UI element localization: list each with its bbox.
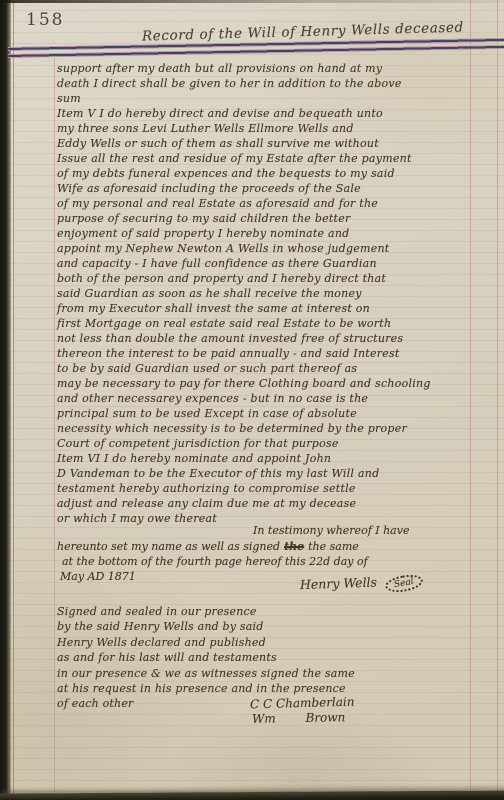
witness-signature: C C Chamberlain (250, 695, 355, 712)
will-line: Eddy Wells or such of them as shall surv… (57, 136, 431, 151)
witness-signature: Wm Brown (252, 710, 346, 726)
attestation-line: Henry Wells declared and published (57, 635, 355, 650)
will-line: and capacity - I have full confidence as… (57, 256, 431, 271)
left-margin-line (54, 58, 55, 792)
seal-mark: Seal (384, 572, 424, 594)
will-line: enjoyment of said property I hereby nomi… (57, 226, 431, 241)
will-line: to be by said Guardian used or such part… (57, 361, 431, 376)
header-double-rule (8, 38, 504, 61)
signature-name: Henry Wells (300, 574, 377, 592)
testator-signature: Henry WellsSeal (300, 573, 423, 595)
will-line: testament hereby authorizing to compromi… (57, 481, 431, 496)
book-left-edge (0, 0, 11, 800)
will-line: Item VI I do hereby nominate and appoint… (57, 451, 431, 466)
will-line: principal sum to be used Except in case … (57, 406, 431, 421)
attestation-line: in our presence & we as witnesses signed… (57, 666, 355, 681)
struck-word: the (284, 540, 304, 553)
testimony-line: hereunto set my name as well as signedth… (57, 540, 359, 553)
testimony-line: In testimony whereof I have (253, 524, 409, 537)
will-line: D Vandeman to be the Executor of this my… (57, 466, 431, 481)
will-line: thereon the interest to be paid annually… (57, 346, 431, 361)
will-line: purpose of securing to my said children … (57, 211, 431, 226)
will-line: support after my death but all provision… (57, 61, 431, 76)
will-line: Issue all the rest and residue of my Est… (57, 151, 431, 166)
attestation-line: at his request in his presence and in th… (57, 681, 355, 696)
will-line: necessity which necessity is to be deter… (57, 421, 431, 436)
book-bottom-edge (0, 790, 504, 800)
will-line: and other necessarey expences - but in n… (57, 391, 431, 406)
ledger-page: 158 Record of the Will of Henry Wells de… (0, 0, 504, 800)
attestation-line: as and for his last will and testaments (57, 650, 355, 665)
will-line: appoint my Nephew Newton A Wells in whos… (57, 241, 431, 256)
will-line: may be necessary to pay for there Clothi… (57, 376, 431, 391)
attestation-line: by the said Henry Wells and by said (57, 619, 355, 634)
will-line: both of the person and property and I he… (57, 271, 431, 286)
will-line: sum (57, 91, 431, 106)
will-line: adjust and release any claim due me at m… (57, 496, 431, 511)
book-left-seam (13, 0, 14, 800)
will-line: first Mortgage on real estate said real … (57, 316, 431, 331)
page-number: 158 (26, 10, 64, 30)
testimony-text: hereunto set my name as well as signed (57, 540, 280, 553)
will-line: Wife as aforesaid including the proceeds… (57, 181, 431, 196)
book-top-edge (0, 0, 504, 3)
will-line: of my personal and real Estate as afores… (57, 196, 431, 211)
testimony-line: at the bottom of the fourth page hereof … (62, 555, 368, 568)
right-margin-line-outer (497, 0, 498, 792)
will-line: Court of competent jurisdiction for that… (57, 436, 431, 451)
will-line: death I direct shall be given to her in … (57, 76, 431, 91)
will-line: from my Executor shall invest the same a… (57, 301, 431, 316)
will-line: Item V I do hereby direct and devise and… (57, 106, 431, 121)
will-body: support after my death but all provision… (57, 61, 431, 526)
testimony-line: May AD 1871 (60, 570, 136, 583)
testimony-text: the same (308, 540, 359, 553)
will-line: of my debts funeral expences and the beq… (57, 166, 431, 181)
attestation-line: Signed and sealed in our presence (57, 604, 355, 619)
will-line: not less than double the amount invested… (57, 331, 431, 346)
will-line: said Guardian as soon as he shall receiv… (57, 286, 431, 301)
right-margin-line (470, 0, 471, 792)
will-line: my three sons Levi Luther Wells Ellmore … (57, 121, 431, 136)
